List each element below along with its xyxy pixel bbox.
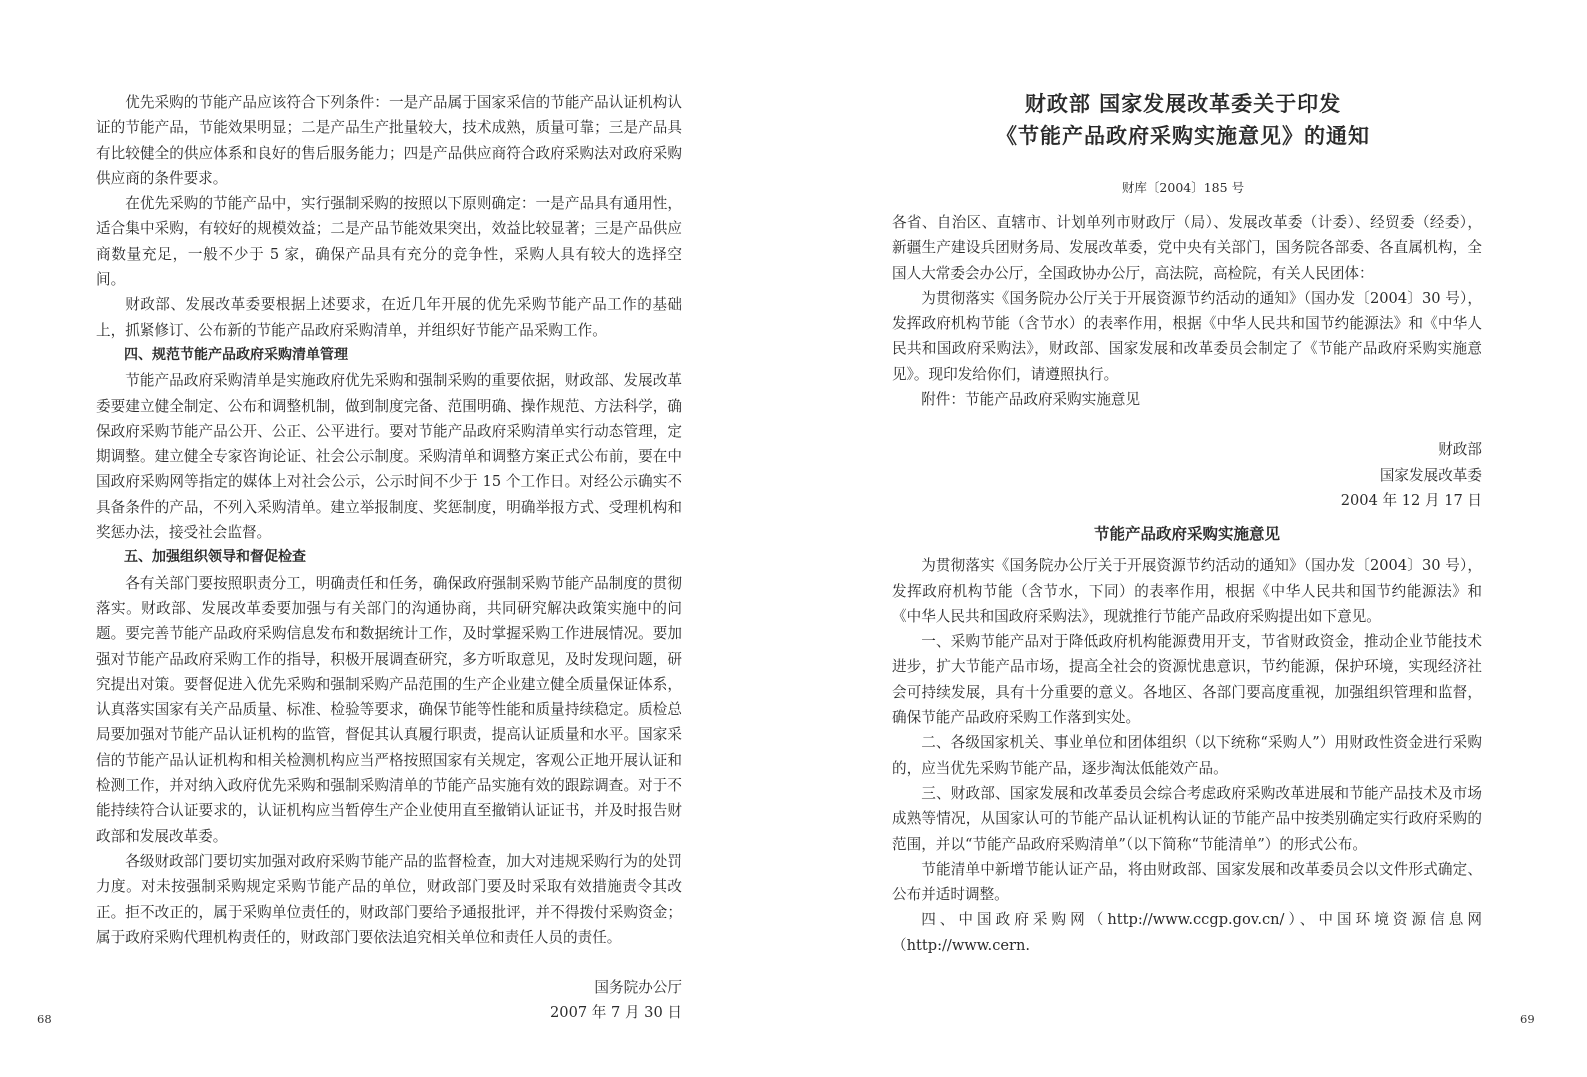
document-title-block: 财政部 国家发展改革委关于印发 《节能产品政府采购实施意见》的通知 财库〔200… [888, 88, 1478, 198]
signature-org-1: 财政部 [892, 437, 1482, 462]
left-page-body: 优先采购的节能产品应该符合下列条件：一是产品属于国家采信的节能产品认证机构认证的… [96, 90, 682, 1026]
signature-date: 2004 年 12 月 17 日 [892, 488, 1482, 513]
page-number: 68 [37, 1012, 52, 1026]
section-heading-4: 四、规范节能产品政府采购清单管理 [96, 343, 682, 368]
notice-body: 为贯彻落实《国务院办公厅关于开展资源节约活动的通知》（国办发〔2004〕30 号… [892, 286, 1482, 387]
signature-org-2: 国家发展改革委 [892, 463, 1482, 488]
right-page-body: 各省、自治区、直辖市、计划单列市财政厅（局）、发展改革委（计委）、经贸委（经委）… [892, 210, 1482, 958]
left-page: 优先采购的节能产品应该符合下列条件：一是产品属于国家采信的节能产品认证机构认证的… [0, 0, 793, 1077]
paragraph: 优先采购的节能产品应该符合下列条件：一是产品属于国家采信的节能产品认证机构认证的… [96, 90, 682, 191]
addressees: 各省、自治区、直辖市、计划单列市财政厅（局）、发展改革委（计委）、经贸委（经委）… [892, 210, 1482, 286]
document-number: 财库〔2004〕185 号 [888, 178, 1478, 198]
paragraph: 财政部、发展改革委要根据上述要求，在近几年开展的优先采购节能产品工作的基础上，抓… [96, 292, 682, 343]
paragraph: 节能清单中新增节能认证产品，将由财政部、国家发展和改革委员会以文件形式确定、公布… [892, 857, 1482, 908]
paragraph: 一、采购节能产品对于降低政府机构能源费用开支，节省财政资金，推动企业节能技术进步… [892, 629, 1482, 730]
paragraph: 各有关部门要按照职责分工，明确责任和任务，确保政府强制采购节能产品制度的贯彻落实… [96, 571, 682, 849]
attachment-line: 附件：节能产品政府采购实施意见 [892, 387, 1482, 412]
paragraph: 在优先采购的节能产品中，实行强制采购的按照以下原则确定：一是产品具有通用性，适合… [96, 191, 682, 292]
spacer [892, 412, 1482, 437]
paragraph: 为贯彻落实《国务院办公厅关于开展资源节约活动的通知》（国办发〔2004〕30 号… [892, 553, 1482, 629]
paragraph: 三、财政部、国家发展和改革委员会综合考虑政府采购改革进展和节能产品技术及市场成熟… [892, 781, 1482, 857]
paragraph: 节能产品政府采购清单是实施政府优先采购和强制采购的重要依据，财政部、发展改革委要… [96, 368, 682, 545]
paragraph: 四、中国政府采购网（http://www.ccgp.gov.cn/）、中国环境资… [892, 907, 1482, 958]
spacer [96, 950, 682, 975]
document-title-line-2: 《节能产品政府采购实施意见》的通知 [888, 120, 1478, 152]
signature-org: 国务院办公厅 [96, 975, 682, 1000]
section-heading-5: 五、加强组织领导和督促检查 [96, 545, 682, 570]
signature-date: 2007 年 7 月 30 日 [96, 1000, 682, 1025]
paragraph: 各级财政部门要切实加强对政府采购节能产品的监督检查，加大对违规采购行为的处罚力度… [96, 849, 682, 950]
document-title-line-1: 财政部 国家发展改革委关于印发 [888, 88, 1478, 120]
section-title: 节能产品政府采购实施意见 [892, 519, 1482, 549]
right-page: 财政部 国家发展改革委关于印发 《节能产品政府采购实施意见》的通知 财库〔200… [794, 0, 1587, 1077]
paragraph: 二、各级国家机关、事业单位和团体组织（以下统称“采购人”）用财政性资金进行采购的… [892, 730, 1482, 781]
page-number: 69 [1520, 1012, 1535, 1026]
